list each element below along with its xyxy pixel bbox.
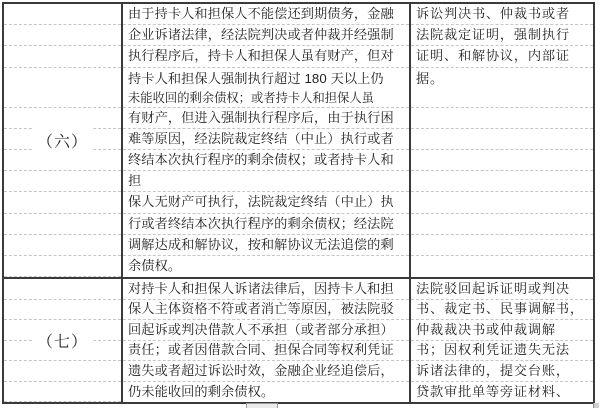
condition-cell: 保人无财产可执行，法院裁定终结（中止）执 (123, 192, 409, 213)
condition-cell: 持卡人和担保人强制执行超过 180 天以上仍未能收回的剩余债权；或者持卡人和担保… (123, 68, 409, 108)
evidence-cell: 诉讼判决书、仲裁书或者 (411, 4, 593, 25)
label-cell (4, 150, 121, 171)
evidence-cell: 法院裁定证明，强制执行 (411, 25, 593, 46)
label-cell (4, 129, 121, 150)
condition-cell: 对持卡人和担保人诉诸法律后，因持卡人和担 (123, 279, 409, 300)
condition-text-line: 持卡人和担保人强制执行超过 180 天以上仍 (128, 69, 404, 89)
condition-text-line: 调解达成和解协议，按和解协议无法追偿的剩 (128, 235, 404, 255)
evidence-text-line: 书；因权利凭证遗失无法 (416, 341, 588, 361)
evidence-cell (411, 171, 593, 192)
condition-column: 对持卡人和担保人诉诸法律后，因持卡人和担保人主体资格不符或者消亡等原因，被法院驳… (121, 279, 411, 402)
section-label-column: （六） (4, 4, 121, 277)
evidence-text-line: 诉诸法律的，提交台账， (416, 361, 588, 381)
section-label-column: （七） (4, 279, 121, 402)
condition-text-line: 企业诉诸法律，经法院判决或者仲裁并经强制 (128, 25, 404, 45)
condition-cell: 责任；或者因借款合同、担保合同等权利凭证 (123, 341, 409, 362)
evidence-cell: 仲裁裁决书或仲裁调解 (411, 320, 593, 341)
table-section: （六）由于持卡人和担保人不能偿还到期债务，金融企业诉诸法律，经法院判决或者仲裁并… (4, 4, 593, 277)
condition-text-line: 担 (128, 171, 404, 191)
document-table: （六）由于持卡人和担保人不能偿还到期债务，金融企业诉诸法律，经法院判决或者仲裁并… (2, 2, 595, 404)
label-cell (4, 108, 121, 129)
evidence-text-line: 仲裁裁决书或仲裁调解 (416, 320, 588, 340)
condition-text-line: 有财产，但进入强制执行程序后，由于执行困 (128, 108, 404, 128)
label-cell (4, 341, 121, 362)
label-cell (4, 279, 121, 300)
condition-text-line: 终结本次执行程序的剩余债权；或者持卡人和 (128, 150, 404, 170)
condition-cell: 行或者终结本次执行程序的剩余债权；经法院 (123, 214, 409, 235)
evidence-cell: 书、裁定书、民事调解书， (411, 300, 593, 321)
evidence-text-line: 贷款审批单等旁证材料、 (416, 382, 588, 402)
condition-cell: 担 (123, 171, 409, 192)
condition-cell: 遗失或者超过诉讼时效，金融企业经追偿后， (123, 361, 409, 382)
table-section: （七）对持卡人和担保人诉诸法律后，因持卡人和担保人主体资格不符或者消亡等原因，被… (4, 277, 593, 402)
label-cell (4, 192, 121, 213)
evidence-cell (411, 192, 593, 213)
condition-text-line: 仍未能收回的剩余债权。 (128, 382, 404, 402)
evidence-cell (411, 150, 593, 171)
label-cell (4, 46, 121, 67)
label-cell (4, 320, 121, 341)
evidence-text-line: 书、裁定书、民事调解书， (416, 300, 588, 320)
evidence-cell (411, 129, 593, 150)
condition-text-line: 未能收回的剩余债权；或者持卡人和担保人虽 (128, 89, 404, 107)
evidence-text-line: 证明、和解协议，内部证 (416, 46, 588, 66)
scrollbar-fragment (246, 403, 278, 408)
condition-text-line: 行或者终结本次执行程序的剩余债权；经法院 (128, 214, 404, 234)
condition-text-line: 保人无财产可执行，法院裁定终结（中止）执 (128, 192, 404, 212)
condition-cell: 企业诉诸法律，经法院判决或者仲裁并经强制 (123, 25, 409, 46)
evidence-text-line: 法院驳回起诉证明或判决 (416, 279, 588, 299)
evidence-column: 法院驳回起诉证明或判决书、裁定书、民事调解书，仲裁裁决书或仲裁调解书；因权利凭证… (411, 279, 593, 402)
condition-text-line: 执行程序后，持卡人和担保人虽有财产，但对 (128, 46, 404, 66)
condition-text-line: 由于持卡人和担保人不能偿还到期债务，金融 (128, 4, 404, 24)
label-cell (4, 256, 121, 277)
label-cell (4, 300, 121, 321)
label-cell (4, 382, 121, 403)
condition-cell: 回起诉或判决借款人不承担（或者部分承担） (123, 320, 409, 341)
evidence-cell: 据。 (411, 68, 593, 108)
label-cell (4, 25, 121, 46)
evidence-text-line: 据。 (416, 69, 588, 89)
evidence-column: 诉讼判决书、仲裁书或者法院裁定证明，强制执行证明、和解协议，内部证据。 (411, 4, 593, 277)
evidence-cell (411, 214, 593, 235)
condition-column: 由于持卡人和担保人不能偿还到期债务，金融企业诉诸法律，经法院判决或者仲裁并经强制… (121, 4, 411, 277)
evidence-text-line: 诉讼判决书、仲裁书或者 (416, 4, 588, 24)
label-cell (4, 361, 121, 382)
condition-text-line: 责任；或者因借款合同、担保合同等权利凭证 (128, 341, 404, 361)
corner-fragment (593, 403, 599, 408)
evidence-cell (411, 256, 593, 277)
evidence-cell: 诉诸法律的，提交台账， (411, 361, 593, 382)
condition-cell: 终结本次执行程序的剩余债权；或者持卡人和 (123, 150, 409, 171)
label-cell (4, 68, 121, 108)
condition-text-line: 保人主体资格不符或者消亡等原因，被法院驳 (128, 300, 404, 320)
label-cell (4, 214, 121, 235)
condition-cell: 调解达成和解协议，按和解协议无法追偿的剩 (123, 235, 409, 256)
label-cell (4, 4, 121, 25)
condition-cell: 难等原因，经法院裁定终结（中止）执行或者 (123, 129, 409, 150)
condition-text-line: 回起诉或判决借款人不承担（或者部分承担） (128, 320, 404, 340)
evidence-text-line: 法院裁定证明，强制执行 (416, 25, 588, 45)
evidence-cell: 证明、和解协议，内部证 (411, 46, 593, 67)
condition-cell: 余债权。 (123, 256, 409, 277)
evidence-cell (411, 108, 593, 129)
condition-text-line: 对持卡人和担保人诉诸法律后，因持卡人和担 (128, 279, 404, 299)
condition-cell: 仍未能收回的剩余债权。 (123, 382, 409, 403)
condition-cell: 由于持卡人和担保人不能偿还到期债务，金融 (123, 4, 409, 25)
condition-cell: 执行程序后，持卡人和担保人虽有财产，但对 (123, 46, 409, 67)
condition-text-line: 遗失或者超过诉讼时效，金融企业经追偿后， (128, 361, 404, 381)
condition-text-line: 余债权。 (128, 256, 404, 276)
condition-cell: 有财产，但进入强制执行程序后，由于执行困 (123, 108, 409, 129)
condition-cell: 保人主体资格不符或者消亡等原因，被法院驳 (123, 300, 409, 321)
evidence-cell (411, 235, 593, 256)
evidence-cell: 书；因权利凭证遗失无法 (411, 341, 593, 362)
evidence-cell: 法院驳回起诉证明或判决 (411, 279, 593, 300)
condition-text-line: 难等原因，经法院裁定终结（中止）执行或者 (128, 129, 404, 149)
evidence-cell: 贷款审批单等旁证材料、 (411, 382, 593, 403)
label-cell (4, 171, 121, 192)
label-cell (4, 235, 121, 256)
